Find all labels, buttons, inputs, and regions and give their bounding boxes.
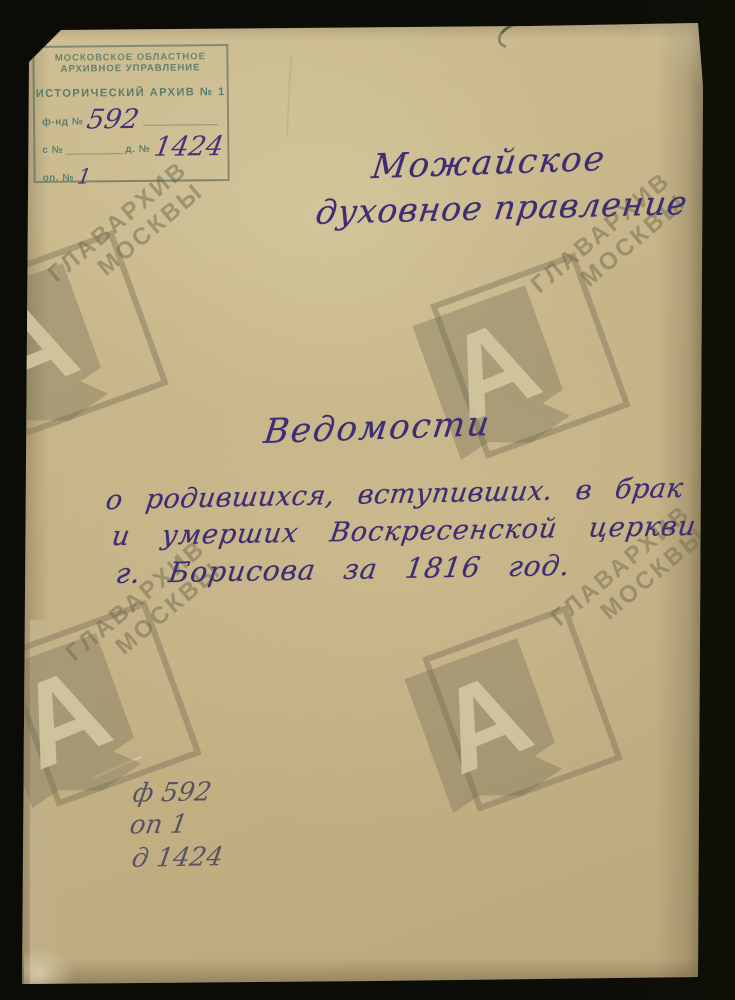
fond-value: 592 — [86, 109, 141, 132]
svyazka-label: с № — [42, 145, 63, 158]
stamp-svyazka-delo-row: с № д. № 1424 — [42, 130, 220, 158]
delo-label: д. № — [125, 144, 150, 157]
document-line1: о родившихся, вступивших. в брак — [104, 473, 685, 516]
opis-value: 1 — [76, 165, 93, 187]
stamp-opis-row: оп. № 1 — [42, 158, 220, 186]
ref-fond: ф 592 — [131, 777, 214, 808]
bottom-edge-shadow — [0, 958, 735, 984]
top-edge-shadow — [0, 22, 735, 40]
glavarkhiv-logo-watermark: А — [405, 252, 636, 495]
ref-opis: оп 1 — [128, 809, 190, 840]
opis-underline — [95, 179, 218, 182]
fond-label: ф-нд № — [42, 116, 84, 129]
pencil-arc-mark — [494, 16, 544, 54]
heading-line1: Можайское — [370, 139, 609, 187]
ref-delo: д 1424 — [130, 842, 226, 874]
archive-stamp: МОСКОВСКОЕ ОБЛАСТНОЕ АРХИВНОЕ УПРАВЛЕНИЕ… — [32, 44, 229, 183]
corner-fold — [640, 23, 702, 83]
stamp-archive-line: ИСТОРИЧЕСКИЙ АРХИВ № 1 — [35, 86, 227, 100]
scan-background: ГЛАВАРХИВ МОСКВЫ А ГЛАВАРХИВ МОСКВЫ А ГЛ… — [0, 0, 735, 1000]
glavarkhiv-logo-watermark: А — [0, 230, 174, 473]
opis-label: оп. № — [43, 173, 74, 186]
document-cover-page: ГЛАВАРХИВ МОСКВЫ А ГЛАВАРХИВ МОСКВЫ А ГЛ… — [0, 0, 735, 1000]
svyazka-underline — [65, 152, 123, 155]
document-title: Ведомости — [262, 404, 494, 452]
document-line2: и умерших Воскресенской церкви — [110, 511, 699, 552]
worn-corner — [24, 948, 76, 984]
delo-value: 1424 — [153, 136, 225, 159]
watermark-letter-a: А — [420, 647, 547, 798]
stamp-org-line2: АРХИВНОЕ УПРАВЛЕНИЕ — [34, 62, 226, 75]
watermark-letter-a: А — [0, 642, 126, 793]
stamp-fond-row: ф-нд № 592 — [42, 102, 220, 130]
document-line3: г. Борисова за 1816 год. — [114, 549, 573, 590]
fond-underline — [143, 123, 218, 126]
paper-crease — [286, 55, 292, 137]
